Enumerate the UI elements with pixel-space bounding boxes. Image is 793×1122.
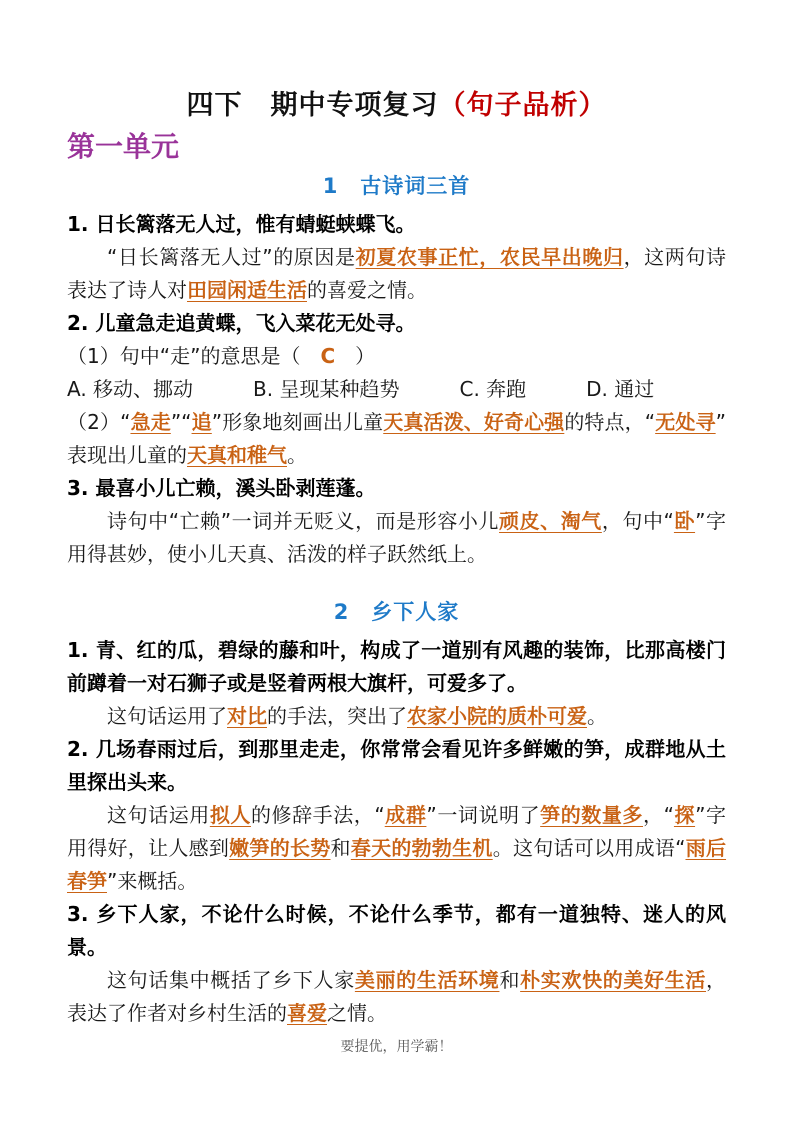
- text-run: ）: [335, 344, 375, 368]
- text-run: （1）句中“走”的意思是（: [67, 344, 320, 368]
- text-run: 。: [587, 704, 607, 728]
- analysis-line: “日长篱落无人过”的原因是初夏农事正忙，农民早出晚归，这两句诗表达了诗人对田园闲…: [67, 241, 726, 307]
- highlight-text: 无处寻: [655, 410, 715, 434]
- text-run: ，句中“: [602, 509, 674, 533]
- question-line: 2. 几场春雨过后，到那里走走，你常常会看见许多鲜嫩的笋，成群地从土里探出头来。: [67, 733, 726, 799]
- sections: 1 古诗词三首1. 日长篱落无人过，惟有蜻蜓蛱蝶飞。“日长篱落无人过”的原因是初…: [67, 172, 726, 1030]
- highlight-text: 田园闲适生活: [187, 278, 307, 302]
- text-run: 之情。: [327, 1001, 387, 1025]
- highlight-text: 美丽的生活环境: [355, 968, 500, 992]
- text-run: ”来概括。: [107, 869, 197, 893]
- highlight-text: 春天的勃勃生机: [351, 836, 493, 860]
- question-line: 3. 最喜小儿亡赖，溪头卧剥莲蓬。: [67, 472, 726, 505]
- highlight-text: 拟人: [210, 803, 251, 827]
- highlight-text: 顽皮、淘气: [499, 509, 602, 533]
- text-run: 和: [331, 836, 351, 860]
- highlight-text: 探: [674, 803, 695, 827]
- text-run: “日长篱落无人过”的原因是: [107, 245, 356, 269]
- text-run: 3. 乡下人家，不论什么时候，不论什么季节，都有一道独特、迷人的风景。: [67, 902, 726, 959]
- document-page: 四下 期中专项复习（句子品析） 第一单元 1 古诗词三首1. 日长篱落无人过，惟…: [0, 0, 793, 1122]
- text-run: 。这句话可以用成语“: [493, 836, 686, 860]
- answer-letter: C: [320, 344, 335, 368]
- highlight-text: 农家小院的质朴可爱: [407, 704, 587, 728]
- doc-title-main: 四下 期中专项复习: [187, 90, 439, 121]
- text-run: 的修辞手法，“: [251, 803, 385, 827]
- question-line: 1. 日长篱落无人过，惟有蜻蜓蛱蝶飞。: [67, 208, 726, 241]
- text-run: 2. 儿童急走追黄蝶，飞入菜花无处寻。: [67, 311, 415, 335]
- text-run: 1. 青、红的瓜，碧绿的藤和叶，构成了一道别有风趣的装饰，比那高楼门前蹲着一对石…: [67, 638, 726, 695]
- analysis-line: 诗句中“亡赖”一词并无贬义，而是形容小儿顽皮、淘气，句中“卧”字用得甚妙，使小儿…: [67, 505, 726, 571]
- text-run: （2）“: [67, 410, 130, 434]
- page-footer: 要提优，用学霸！: [0, 1036, 793, 1056]
- doc-title: 四下 期中专项复习（句子品析）: [67, 88, 726, 124]
- text-run: 3. 最喜小儿亡赖，溪头卧剥莲蓬。: [67, 476, 375, 500]
- question-line: 3. 乡下人家，不论什么时候，不论什么季节，都有一道独特、迷人的风景。: [67, 898, 726, 964]
- text-run: ”一词说明了: [426, 803, 540, 827]
- highlight-text: 天真活泼、好奇心强: [383, 410, 564, 434]
- text-run: A. 移动、挪动 B. 呈现某种趋势 C. 奔跑 D. 通过: [67, 377, 654, 401]
- text-run: ”形象地刻画出儿童: [212, 410, 383, 434]
- highlight-text: 追: [192, 410, 212, 434]
- section-heading: 1 古诗词三首: [67, 172, 726, 200]
- text-run: 的特点，“: [564, 410, 655, 434]
- lesson-section: 1 古诗词三首1. 日长篱落无人过，惟有蜻蜓蛱蝶飞。“日长篱落无人过”的原因是初…: [67, 172, 726, 571]
- text-run: ，“: [643, 803, 674, 827]
- analysis-line: 这句话运用了对比的手法，突出了农家小院的质朴可爱。: [67, 700, 726, 733]
- highlight-text: 对比: [227, 704, 267, 728]
- text-run: 。: [287, 443, 307, 467]
- lesson-section: 2 乡下人家1. 青、红的瓜，碧绿的藤和叶，构成了一道别有风趣的装饰，比那高楼门…: [67, 598, 726, 1030]
- highlight-text: 初夏农事正忙，农民早出晚归: [356, 245, 624, 269]
- text-run: 这句话运用: [107, 803, 210, 827]
- highlight-text: 卧: [674, 509, 695, 533]
- text-line: （2）“急走”“追”形象地刻画出儿童天真活泼、好奇心强的特点，“无处寻”表现出儿…: [67, 406, 726, 472]
- highlight-text: 天真和稚气: [187, 443, 287, 467]
- highlight-text: 急走: [130, 410, 170, 434]
- text-run: 的手法，突出了: [267, 704, 407, 728]
- question-line: 2. 儿童急走追黄蝶，飞入菜花无处寻。: [67, 307, 726, 340]
- analysis-line: 这句话集中概括了乡下人家美丽的生活环境和朴实欢快的美好生活，表达了作者对乡村生活…: [67, 964, 726, 1030]
- unit-heading: 第一单元: [67, 128, 726, 166]
- highlight-text: 朴实欢快的美好生活: [520, 968, 706, 992]
- question-line: 1. 青、红的瓜，碧绿的藤和叶，构成了一道别有风趣的装饰，比那高楼门前蹲着一对石…: [67, 634, 726, 700]
- highlight-text: 喜爱: [287, 1001, 327, 1025]
- text-run: 这句话集中概括了乡下人家: [107, 968, 355, 992]
- highlight-text: 成群: [385, 803, 427, 827]
- text-run: 的喜爱之情。: [307, 278, 427, 302]
- text-run: 这句话运用了: [107, 704, 227, 728]
- text-run: 1. 日长篱落无人过，惟有蜻蜓蛱蝶飞。: [67, 212, 415, 236]
- text-line: （1）句中“走”的意思是（ C ）: [67, 340, 726, 373]
- text-run: 诗句中“亡赖”一词并无贬义，而是形容小儿: [107, 509, 499, 533]
- highlight-text: 笋的数量多: [540, 803, 643, 827]
- doc-title-accent: （句子品析）: [439, 90, 607, 121]
- text-run: 2. 几场春雨过后，到那里走走，你常常会看见许多鲜嫩的笋，成群地从土里探出头来。: [67, 737, 726, 794]
- analysis-line: 这句话运用拟人的修辞手法，“成群”一词说明了笋的数量多，“探”字用得好，让人感到…: [67, 799, 726, 898]
- section-heading: 2 乡下人家: [67, 598, 726, 626]
- text-run: ”“: [171, 410, 192, 434]
- text-run: 和: [499, 968, 520, 992]
- highlight-text: 嫩笋的长势: [229, 836, 330, 860]
- text-line: A. 移动、挪动 B. 呈现某种趋势 C. 奔跑 D. 通过: [67, 373, 726, 406]
